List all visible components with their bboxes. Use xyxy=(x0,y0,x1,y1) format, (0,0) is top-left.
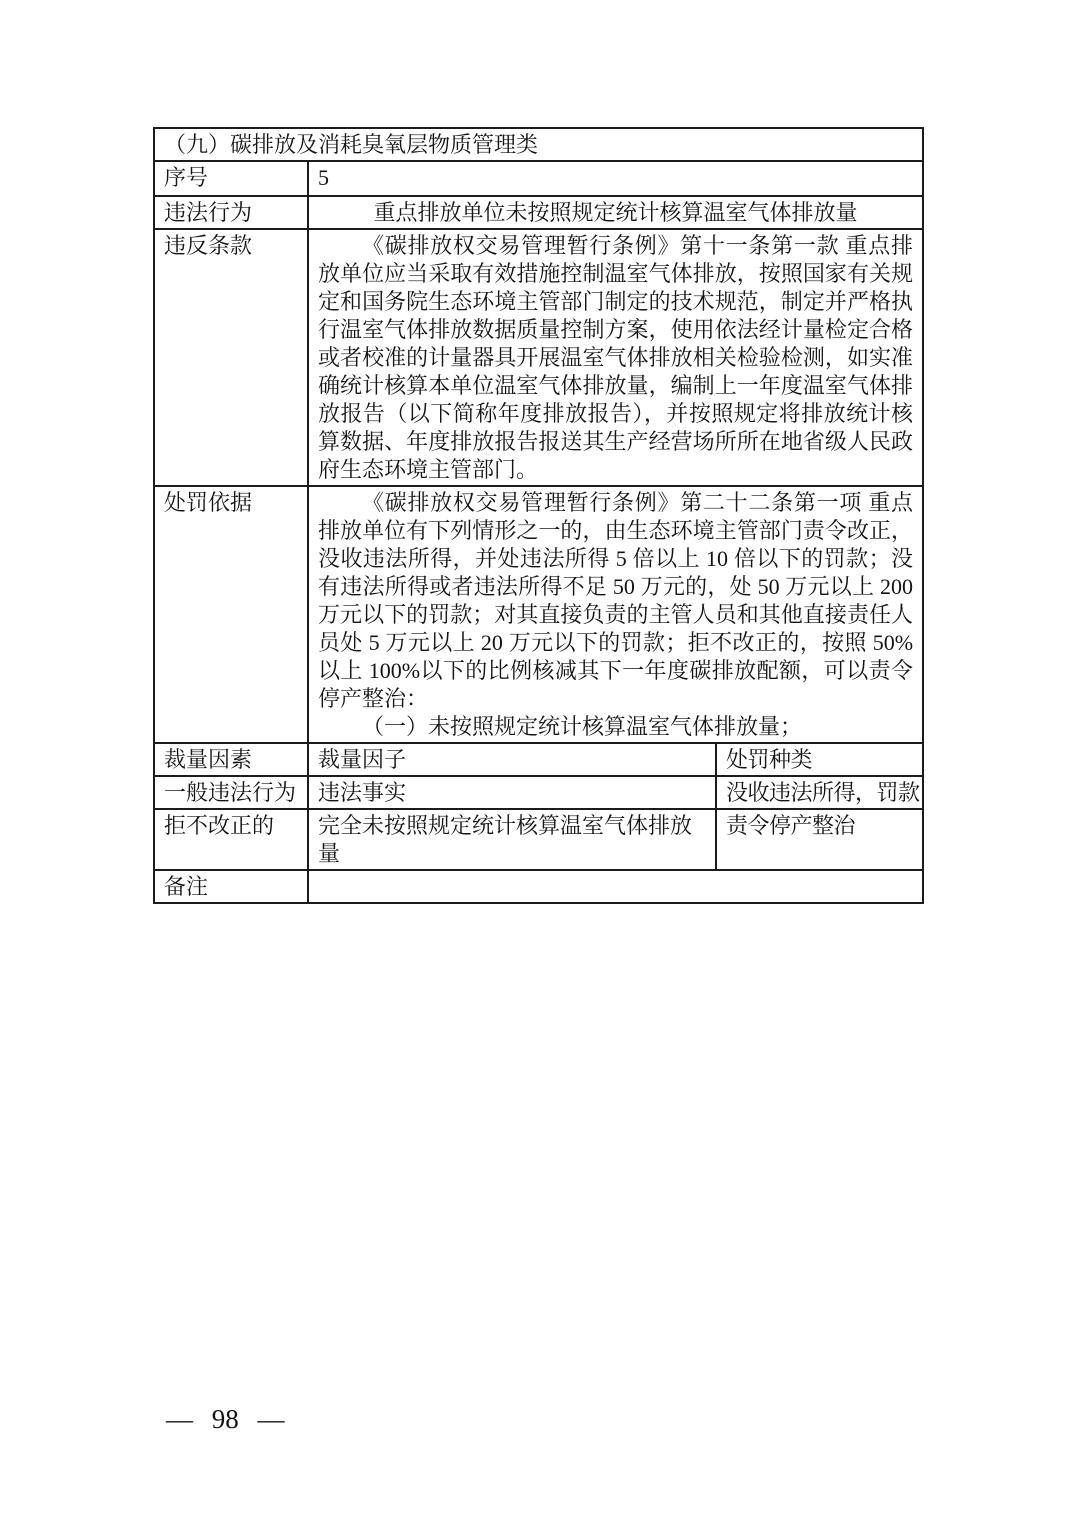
serial-value: 5 xyxy=(308,161,923,196)
refusal-penalty-type: 责令停产整治 xyxy=(716,809,923,870)
discretion-factor-header: 裁量因子 xyxy=(308,743,716,776)
row-serial: 序号 5 xyxy=(154,161,923,196)
remarks-value xyxy=(308,870,923,903)
penalty-basis-label: 处罚依据 xyxy=(154,486,308,743)
illegal-act-label: 违法行为 xyxy=(154,196,308,229)
general-violation-penalty-type: 没收违法所得，罚款 xyxy=(716,776,923,809)
penalty-discretion-table: （九）碳排放及消耗臭氧层物质管理类 序号 5 违法行为 重点排放单位未按照规定统… xyxy=(153,127,924,904)
row-penalty-basis: 处罚依据 《碳排放权交易管理暂行条例》第二十二条第一项 重点排放单位有下列情形之… xyxy=(154,486,923,743)
page-number: — 98 — xyxy=(166,1403,285,1435)
row-remarks: 备注 xyxy=(154,870,923,903)
general-violation-label: 一般违法行为 xyxy=(154,776,308,809)
violated-clause-text: 《碳排放权交易管理暂行条例》第十一条第一款 重点排放单位应当采取有效措施控制温室… xyxy=(308,229,923,486)
row-refusal-to-correct: 拒不改正的 完全未按照规定统计核算温室气体排放量 责令停产整治 xyxy=(154,809,923,870)
general-violation-factor: 违法事实 xyxy=(308,776,716,809)
discretion-header-label: 裁量因素 xyxy=(154,743,308,776)
row-general-violation: 一般违法行为 违法事实 没收违法所得，罚款 xyxy=(154,776,923,809)
violated-clause-paragraph: 《碳排放权交易管理暂行条例》第十一条第一款 重点排放单位应当采取有效措施控制温室… xyxy=(318,232,913,484)
penalty-basis-paragraph-2: （一）未按照规定统计核算温室气体排放量； xyxy=(318,713,913,741)
category-header-title: （九）碳排放及消耗臭氧层物质管理类 xyxy=(154,128,923,161)
penalty-basis-text: 《碳排放权交易管理暂行条例》第二十二条第一项 重点排放单位有下列情形之一的，由生… xyxy=(308,486,923,743)
penalty-basis-paragraph-1: 《碳排放权交易管理暂行条例》第二十二条第一项 重点排放单位有下列情形之一的，由生… xyxy=(318,489,913,713)
remarks-label: 备注 xyxy=(154,870,308,903)
row-category-header: （九）碳排放及消耗臭氧层物质管理类 xyxy=(154,128,923,161)
violated-clause-label: 违反条款 xyxy=(154,229,308,486)
refusal-factor: 完全未按照规定统计核算温室气体排放量 xyxy=(308,809,716,870)
row-discretion-header: 裁量因素 裁量因子 处罚种类 xyxy=(154,743,923,776)
serial-label: 序号 xyxy=(154,161,308,196)
illegal-act-value: 重点排放单位未按照规定统计核算温室气体排放量 xyxy=(308,196,923,229)
refusal-label: 拒不改正的 xyxy=(154,809,308,870)
document-page: （九）碳排放及消耗臭氧层物质管理类 序号 5 违法行为 重点排放单位未按照规定统… xyxy=(0,0,1074,1520)
row-illegal-act: 违法行为 重点排放单位未按照规定统计核算温室气体排放量 xyxy=(154,196,923,229)
penalty-type-header: 处罚种类 xyxy=(716,743,923,776)
row-violated-clause: 违反条款 《碳排放权交易管理暂行条例》第十一条第一款 重点排放单位应当采取有效措… xyxy=(154,229,923,486)
